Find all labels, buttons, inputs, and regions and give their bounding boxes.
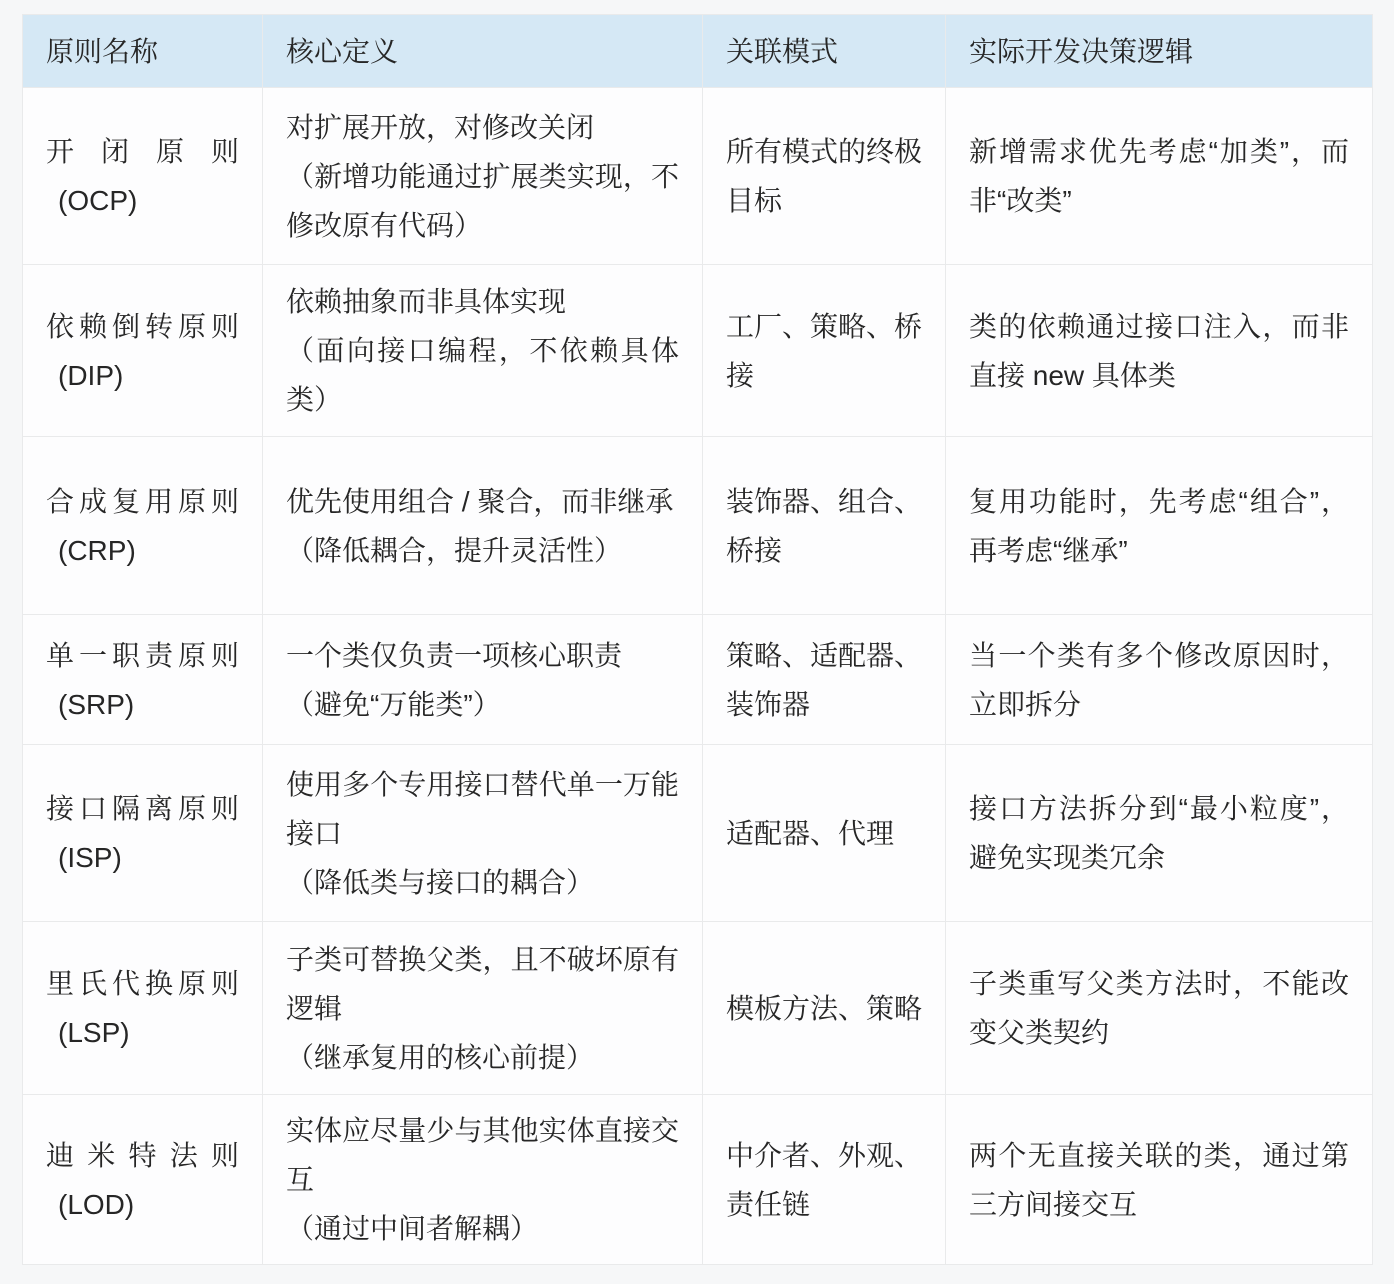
definition-cell: 实体应尽量少与其他实体直接交互 （通过中间者解耦） bbox=[263, 1095, 703, 1265]
logic-cell: 类的依赖通过接口注入，而非直接 new 具体类 bbox=[946, 265, 1373, 437]
table-row-lod: 迪米特法则 (LOD) 实体应尽量少与其他实体直接交互 （通过中间者解耦） 中介… bbox=[23, 1095, 1373, 1265]
patterns-cell: 策略、适配器、装饰器 bbox=[703, 615, 946, 745]
definition-cell: 使用多个专用接口替代单一万能接口 （降低类与接口的耦合） bbox=[263, 745, 703, 922]
principle-name-cell: 单一职责原则 (SRP) bbox=[23, 615, 263, 745]
definition-note: （通过中间者解耦） bbox=[286, 1204, 679, 1253]
column-header-principle-name: 原则名称 bbox=[23, 15, 263, 88]
table-row-srp: 单一职责原则 (SRP) 一个类仅负责一项核心职责 （避免“万能类”） 策略、适… bbox=[23, 615, 1373, 745]
principle-name: 依赖倒转原则 bbox=[46, 302, 239, 351]
principle-name: 接口隔离原则 bbox=[46, 784, 239, 833]
principle-name: 里氏代换原则 bbox=[46, 959, 239, 1008]
definition-cell: 子类可替换父类，且不破坏原有逻辑 （继承复用的核心前提） bbox=[263, 922, 703, 1095]
patterns-cell: 中介者、外观、责任链 bbox=[703, 1095, 946, 1265]
definition-note: （降低类与接口的耦合） bbox=[286, 858, 679, 907]
definition-text: 实体应尽量少与其他实体直接交互 bbox=[286, 1106, 679, 1204]
principle-name-cell: 接口隔离原则 (ISP) bbox=[23, 745, 263, 922]
definition-cell: 优先使用组合 / 聚合，而非继承 （降低耦合，提升灵活性） bbox=[263, 437, 703, 615]
definition-cell: 对扩展开放，对修改关闭 （新增功能通过扩展类实现，不修改原有代码） bbox=[263, 88, 703, 265]
definition-cell: 依赖抽象而非具体实现 （面向接口编程，不依赖具体类） bbox=[263, 265, 703, 437]
principle-name-cell: 合成复用原则 (CRP) bbox=[23, 437, 263, 615]
principle-name: 迪米特法则 bbox=[46, 1131, 239, 1180]
definition-text: 优先使用组合 / 聚合，而非继承 bbox=[286, 477, 679, 526]
principle-name-cell: 依赖倒转原则 (DIP) bbox=[23, 265, 263, 437]
patterns-cell: 工厂、策略、桥接 bbox=[703, 265, 946, 437]
definition-note: （降低耦合，提升灵活性） bbox=[286, 526, 679, 575]
logic-cell: 复用功能时，先考虑“组合”，再考虑“继承” bbox=[946, 437, 1373, 615]
design-principles-table-wrap: 原则名称 核心定义 关联模式 实际开发决策逻辑 开闭原则 (OCP) 对扩展开放… bbox=[22, 14, 1372, 1265]
definition-text: 依赖抽象而非具体实现 bbox=[286, 277, 679, 326]
principle-abbr: (LOD) bbox=[46, 1180, 239, 1229]
definition-text: 对扩展开放，对修改关闭 bbox=[286, 103, 679, 152]
principle-name-cell: 迪米特法则 (LOD) bbox=[23, 1095, 263, 1265]
patterns-cell: 模板方法、策略 bbox=[703, 922, 946, 1095]
principle-abbr: (SRP) bbox=[46, 680, 239, 729]
principle-abbr: (DIP) bbox=[46, 351, 239, 400]
definition-note: （面向接口编程，不依赖具体类） bbox=[286, 326, 679, 424]
definition-text: 子类可替换父类，且不破坏原有逻辑 bbox=[286, 935, 679, 1033]
principle-abbr: (LSP) bbox=[46, 1008, 239, 1057]
logic-cell: 子类重写父类方法时，不能改变父类契约 bbox=[946, 922, 1373, 1095]
definition-note: （新增功能通过扩展类实现，不修改原有代码） bbox=[286, 152, 679, 250]
definition-cell: 一个类仅负责一项核心职责 （避免“万能类”） bbox=[263, 615, 703, 745]
column-header-related-patterns: 关联模式 bbox=[703, 15, 946, 88]
table-row-lsp: 里氏代换原则 (LSP) 子类可替换父类，且不破坏原有逻辑 （继承复用的核心前提… bbox=[23, 922, 1373, 1095]
principle-abbr: (CRP) bbox=[46, 526, 239, 575]
patterns-cell: 装饰器、组合、桥接 bbox=[703, 437, 946, 615]
definition-text: 一个类仅负责一项核心职责 bbox=[286, 631, 679, 680]
principle-name: 单一职责原则 bbox=[46, 631, 239, 680]
principle-name-cell: 里氏代换原则 (LSP) bbox=[23, 922, 263, 1095]
principle-abbr: (OCP) bbox=[46, 176, 239, 225]
design-principles-table: 原则名称 核心定义 关联模式 实际开发决策逻辑 开闭原则 (OCP) 对扩展开放… bbox=[22, 14, 1373, 1265]
logic-cell: 当一个类有多个修改原因时，立即拆分 bbox=[946, 615, 1373, 745]
principle-name-cell: 开闭原则 (OCP) bbox=[23, 88, 263, 265]
logic-cell: 两个无直接关联的类，通过第三方间接交互 bbox=[946, 1095, 1373, 1265]
principle-name: 开闭原则 bbox=[46, 127, 239, 176]
table-row-crp: 合成复用原则 (CRP) 优先使用组合 / 聚合，而非继承 （降低耦合，提升灵活… bbox=[23, 437, 1373, 615]
definition-note: （避免“万能类”） bbox=[286, 680, 679, 729]
table-row-ocp: 开闭原则 (OCP) 对扩展开放，对修改关闭 （新增功能通过扩展类实现，不修改原… bbox=[23, 88, 1373, 265]
table-row-isp: 接口隔离原则 (ISP) 使用多个专用接口替代单一万能接口 （降低类与接口的耦合… bbox=[23, 745, 1373, 922]
definition-text: 使用多个专用接口替代单一万能接口 bbox=[286, 760, 679, 858]
definition-note: （继承复用的核心前提） bbox=[286, 1033, 679, 1082]
patterns-cell: 所有模式的终极目标 bbox=[703, 88, 946, 265]
column-header-core-definition: 核心定义 bbox=[263, 15, 703, 88]
principle-name: 合成复用原则 bbox=[46, 477, 239, 526]
patterns-cell: 适配器、代理 bbox=[703, 745, 946, 922]
table-header-row: 原则名称 核心定义 关联模式 实际开发决策逻辑 bbox=[23, 15, 1373, 88]
logic-cell: 新增需求优先考虑“加类”，而非“改类” bbox=[946, 88, 1373, 265]
table-row-dip: 依赖倒转原则 (DIP) 依赖抽象而非具体实现 （面向接口编程，不依赖具体类） … bbox=[23, 265, 1373, 437]
column-header-dev-decision-logic: 实际开发决策逻辑 bbox=[946, 15, 1373, 88]
principle-abbr: (ISP) bbox=[46, 833, 239, 882]
logic-cell: 接口方法拆分到“最小粒度”，避免实现类冗余 bbox=[946, 745, 1373, 922]
